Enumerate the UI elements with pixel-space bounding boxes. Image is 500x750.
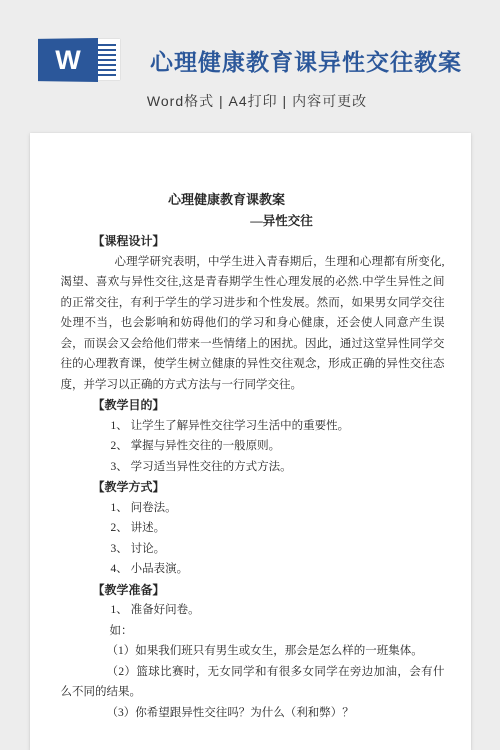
example-lead: 如： (61, 621, 445, 642)
course-design-paragraph: 心理学研究表明，中学生进入青春期后，生理和心理都有所变化,渴望、喜欢与异性交往,… (61, 252, 445, 396)
section-heading-teaching-preparation: 【教学准备】 (61, 580, 445, 601)
list-item: 3、 讨论。 (61, 539, 445, 560)
list-item: 2、 讲述。 (61, 518, 445, 539)
list-item: 1、 问卷法。 (61, 498, 445, 519)
list-item: 2、 掌握与异性交往的一般原则。 (61, 436, 445, 457)
list-item: 4、 小品表演。 (61, 559, 445, 580)
question-item: （1）如果我们班只有男生或女生，那会是怎么样的一班集体。 (61, 641, 445, 662)
list-item: 3、 学习适当异性交往的方式方法。 (61, 457, 445, 478)
page-subtitle: Word格式 | A4打印 | 内容可更改 (0, 91, 500, 111)
list-item: 1、 准备好问卷。 (61, 600, 445, 621)
section-heading-teaching-aims: 【教学目的】 (61, 395, 445, 416)
question-item: （3）你希望跟异性交往吗？为什么（利和弊）？ (61, 703, 445, 724)
section-heading-teaching-methods: 【教学方式】 (61, 477, 445, 498)
word-logo-icon: W (38, 38, 120, 82)
header: W 心理健康教育课异性交往教案 Word格式 | A4打印 | 内容可更改 (0, 0, 500, 111)
list-item: 1、 让学生了解异性交往学习生活中的重要性。 (61, 416, 445, 437)
word-letter: W (55, 47, 80, 74)
document-preview-page: 心理健康教育课教案 —异性交往 【课程设计】 心理学研究表明，中学生进入青春期后… (30, 133, 471, 750)
section-heading-course-design: 【课程设计】 (61, 231, 445, 252)
question-item: （2）篮球比赛时，无女同学和有很多女同学在旁边加油，会有什么不同的结果。 (61, 662, 445, 703)
word-cover-icon: W (38, 38, 98, 82)
doc-title: 心理健康教育课教案 (61, 190, 445, 211)
doc-subtitle: —异性交往 (61, 211, 445, 232)
page-title: 心理健康教育课异性交往教案 (150, 44, 462, 77)
header-row: W 心理健康教育课异性交往教案 (0, 38, 500, 82)
